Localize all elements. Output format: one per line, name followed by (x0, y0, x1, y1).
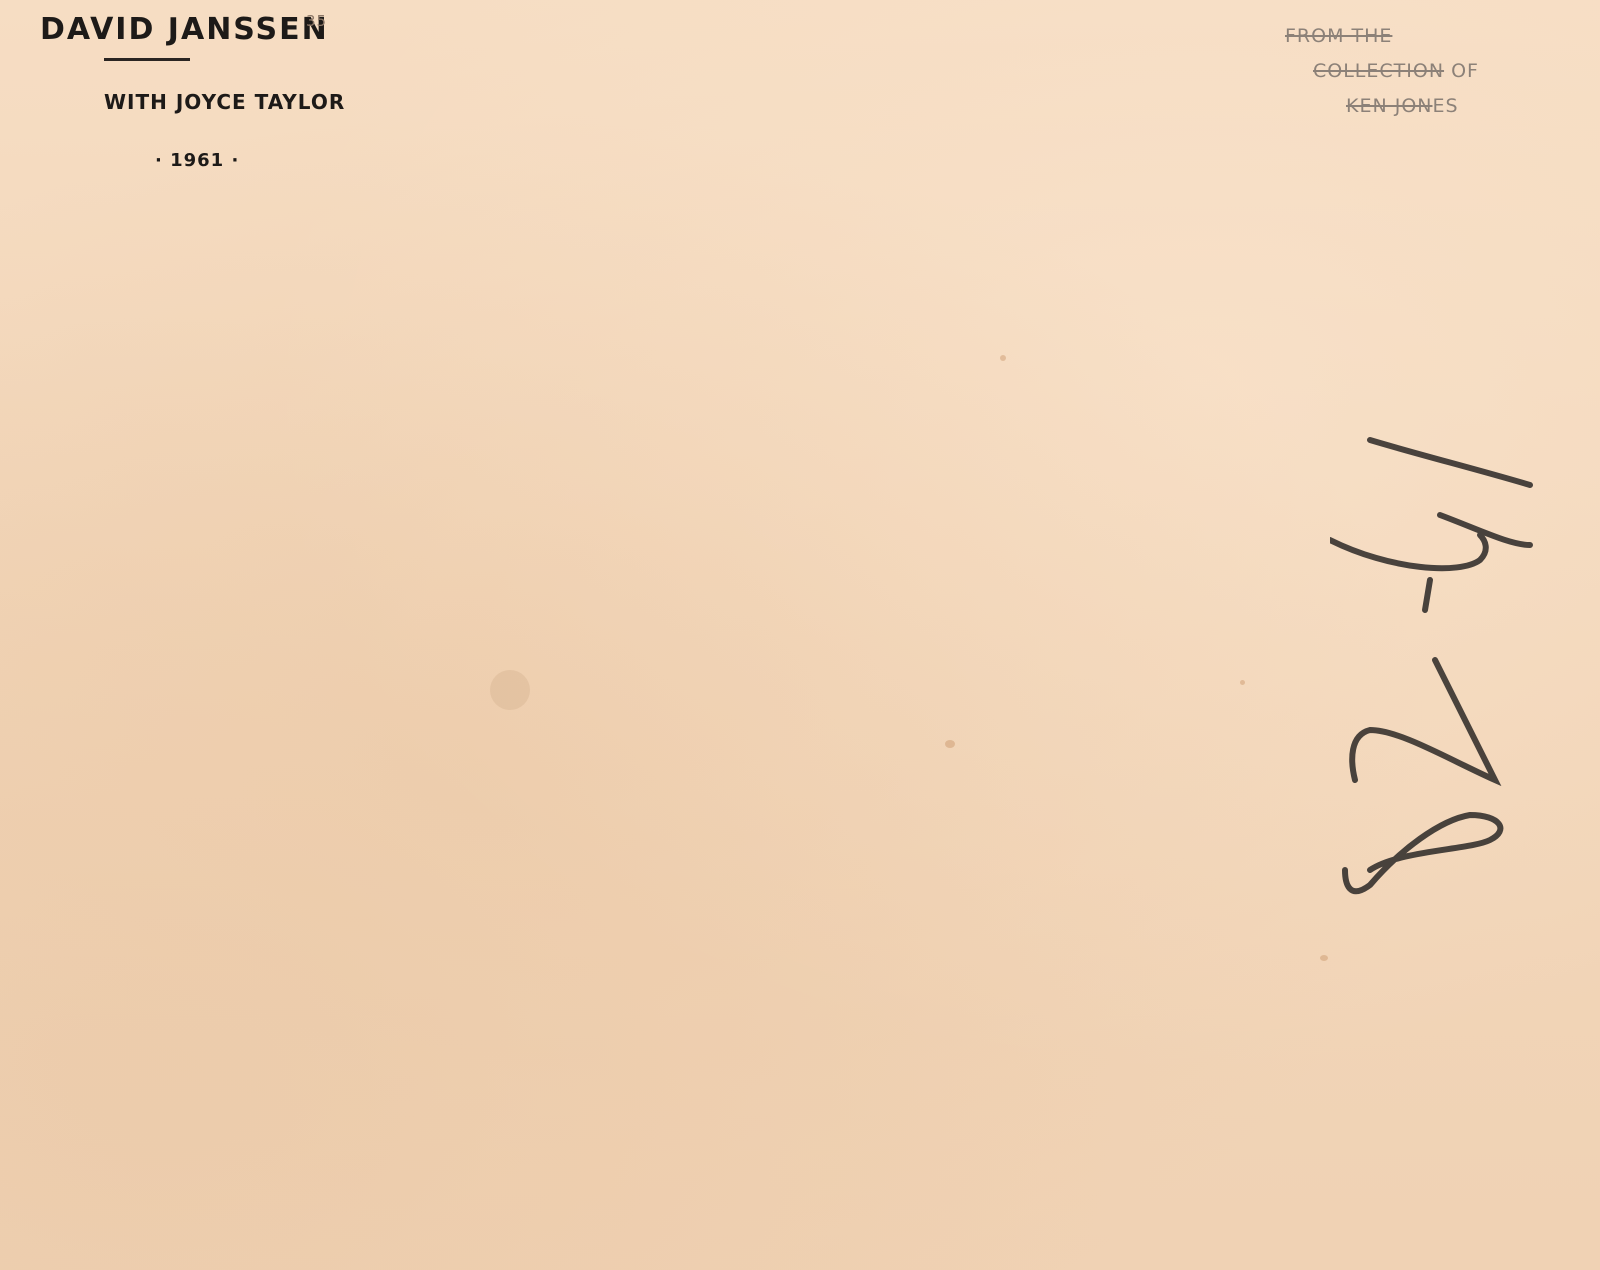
stamp-line-3: KEN JONES (1346, 95, 1459, 117)
photo-back: David Janssen 35 with Joyce Taylor · 196… (0, 0, 1600, 1270)
stamp-line-2: COLLECTION OF (1313, 60, 1479, 82)
title-underline (104, 58, 190, 61)
stamp-line-1: FROM THE (1285, 25, 1392, 47)
foxing-spot (945, 740, 955, 748)
reference-number: 35 (306, 12, 327, 30)
foxing-spot (1320, 955, 1328, 961)
foxing-spot (1000, 355, 1006, 361)
handwritten-year: · 1961 · (155, 150, 239, 171)
handwritten-subtitle: with Joyce Taylor (104, 90, 345, 114)
pencil-number-rotated (1330, 430, 1570, 910)
foxing-spot (490, 670, 530, 710)
handwritten-title: David Janssen (40, 12, 329, 47)
foxing-spot (1240, 680, 1245, 685)
